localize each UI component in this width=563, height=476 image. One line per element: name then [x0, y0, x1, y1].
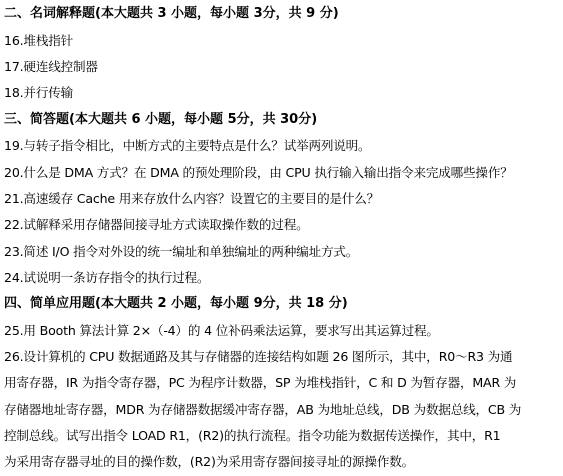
question-26-line-3: 存储器地址寄存器，MDR 为存储器数据缓冲寄存器，AB 为地址总线，DB 为数据…: [4, 399, 561, 421]
section-heading-4: 四、简单应用题(本大题共 2 小题，每小题 9分，共 18 分): [4, 293, 561, 315]
question-22: 22.试解释采用存储器间接寻址方式读取操作数的过程。: [4, 214, 561, 236]
question-19: 19.与转子指令相比，中断方式的主要特点是什么？试举两列说明。: [4, 135, 561, 157]
question-26-line-2: 用寄存器，IR 为指令寄存器，PC 为程序计数器，SP 为堆栈指针，C 和 D …: [4, 372, 561, 394]
question-25: 25.用 Booth 算法计算 2×（-4）的 4 位补码乘法运算，要求写出其运…: [4, 320, 561, 342]
question-26-line-1: 26.设计算机的 CPU 数据通路及其与存储器的连接结构如题 26 图所示，其中…: [4, 346, 561, 368]
exam-page: 二、名词解释题(本大题共 3 小题，每小题 3分，共 9 分) 16.堆栈指针 …: [0, 0, 563, 476]
question-24: 24.试说明一条访存指令的执行过程。: [4, 267, 561, 289]
section-heading-3: 三、简答题(本大题共 6 小题，每小题 5分，共 30分): [4, 109, 561, 131]
question-23: 23.简述 I/O 指令对外设的统一编址和单独编址的两种编址方式。: [4, 241, 561, 263]
question-16: 16.堆栈指针: [4, 30, 561, 52]
question-26-line-5: 为采用寄存器寻址的目的操作数，(R2)为采用寄存器间接寻址的源操作数。: [4, 451, 561, 473]
question-17: 17.硬连线控制器: [4, 56, 561, 78]
question-18: 18.并行传输: [4, 82, 561, 104]
question-20: 20.什么是 DMA 方式？在 DMA 的预处理阶段，由 CPU 执行输入输出指…: [4, 162, 561, 184]
question-21: 21.高速缓存 Cache 用来存放什么内容？设置它的主要目的是什么？: [4, 188, 561, 210]
section-heading-2: 二、名词解释题(本大题共 3 小题，每小题 3分，共 9 分): [4, 3, 561, 25]
question-26-line-4: 控制总线。试写出指令 LOAD R1，(R2)的执行流程。指令功能为数据传送操作…: [4, 425, 561, 447]
